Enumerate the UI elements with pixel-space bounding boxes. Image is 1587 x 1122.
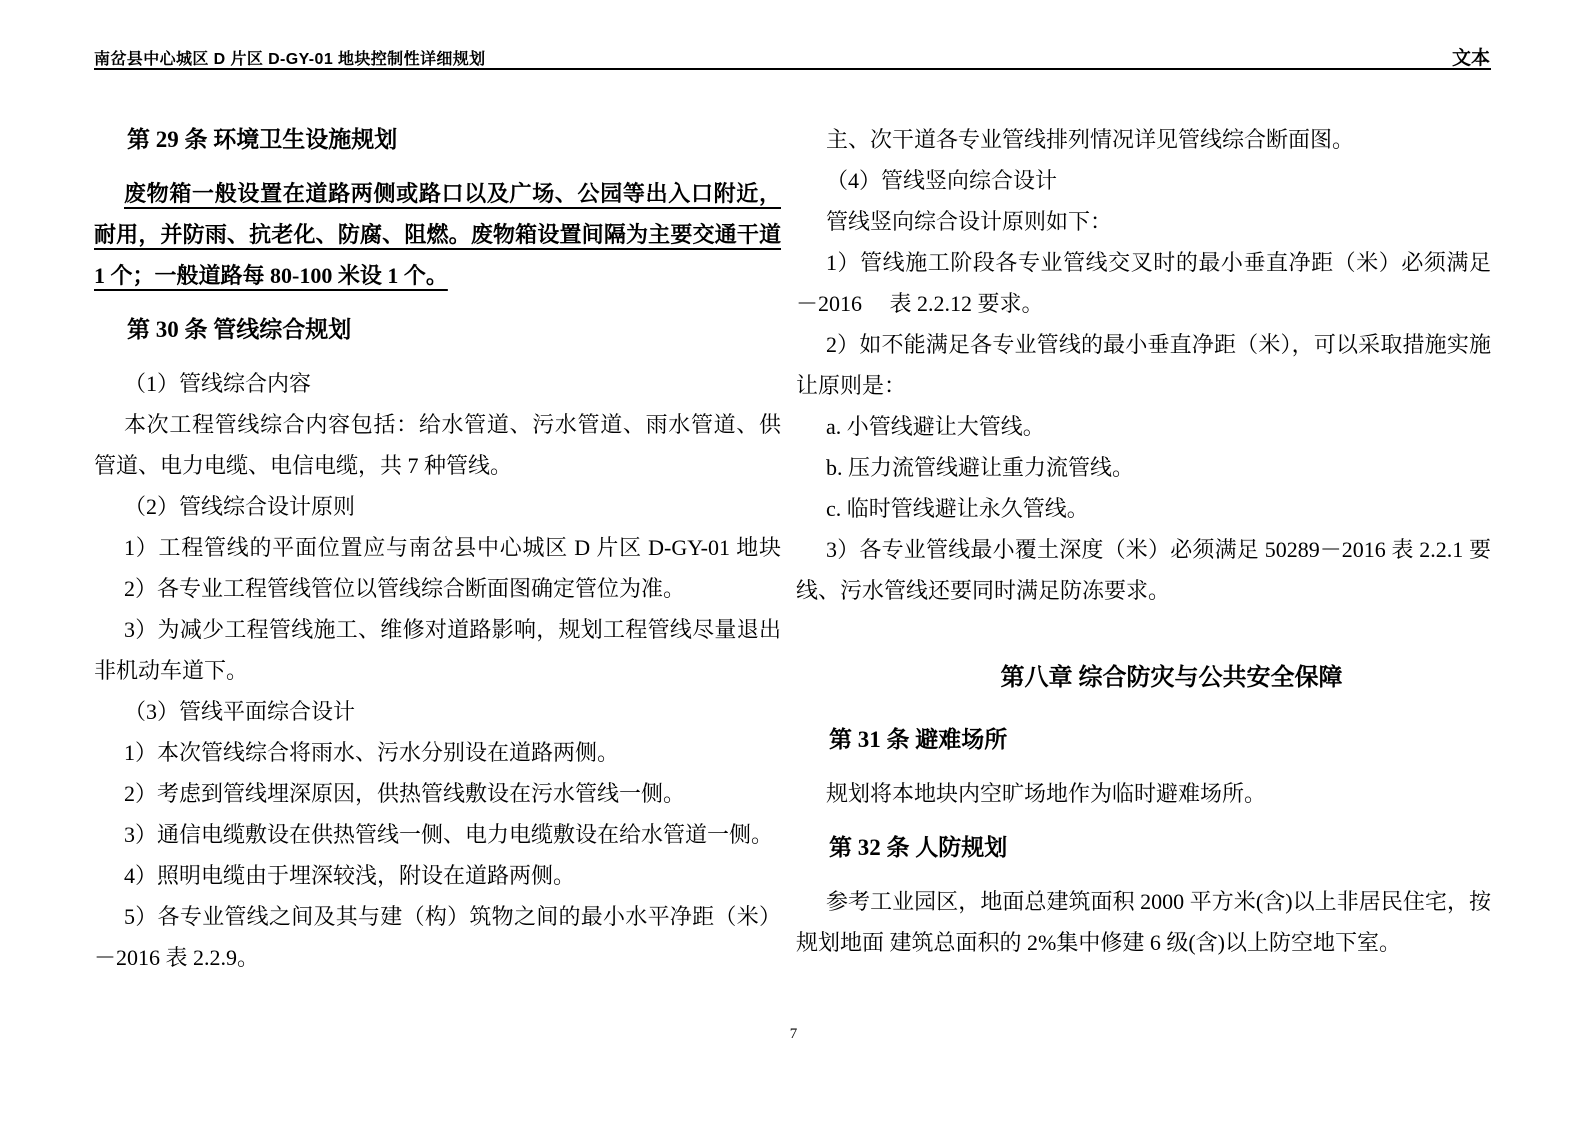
text-line: b. 压力流管线避让重力流管线。 — [796, 447, 1491, 488]
paragraph: a. 小管线避让大管线。 — [796, 406, 1491, 447]
text-line: 耐用，并防雨、抗老化、防腐、阻燃。废物箱设置间隔为主要交通干道每 50-80 米… — [94, 214, 781, 255]
text-line: 线、污水管线还要同时满足防冻要求。 — [796, 570, 1491, 611]
waste-bin-policy-paragraph: 废物箱一般设置在道路两侧或路口以及广场、公园等出入口附近，应美观、卫生、 耐用，… — [94, 173, 781, 296]
paragraph: 管线竖向综合设计原则如下： — [796, 201, 1491, 242]
text-line: 4）照明电缆由于埋深较浅，附设在道路两侧。 — [94, 855, 781, 896]
text-line: 2）考虑到管线埋深原因，供热管线敷设在污水管线一侧。 — [94, 773, 781, 814]
paragraph: c. 临时管线避让永久管线。 — [796, 488, 1491, 529]
paragraph: b. 压力流管线避让重力流管线。 — [796, 447, 1491, 488]
text-line: 管线竖向综合设计原则如下： — [796, 201, 1491, 242]
paragraph: 主、次干道各专业管线排列情况详见管线综合断面图。 — [796, 119, 1491, 160]
text-line: 废物箱一般设置在道路两侧或路口以及广场、公园等出入口附近，应美观、卫生、 — [94, 173, 781, 214]
text-line: 5）各专业管线之间及其与建（构）筑物之间的最小水平净距（米）详见 GB 5028… — [94, 896, 781, 937]
paragraph: （3）管线平面综合设计 — [94, 691, 781, 732]
text-line: 本次工程管线综合内容包括：给水管道、污水管道、雨水管道、供热管道、燃气 — [94, 404, 781, 445]
paragraph: （2）管线综合设计原则 — [94, 486, 781, 527]
text-line: 1）管线施工阶段各专业管线交叉时的最小垂直净距（米）必须满足 GB 50289 — [796, 242, 1491, 283]
page-number: 7 — [0, 1026, 1587, 1043]
heading-line: 第 32 条 人防规划 — [796, 827, 1491, 868]
left-column: 第 29 条 环境卫生设施规划 废物箱一般设置在道路两侧或路口以及广场、公园等出… — [94, 119, 781, 978]
text-line: 1 个；一般道路每 80-100 米设 1 个。 — [94, 255, 781, 296]
right-column: 主、次干道各专业管线排列情况详见管线综合断面图。 （4）管线竖向综合设计 管线竖… — [796, 119, 1491, 963]
paragraph: 本次工程管线综合内容包括：给水管道、污水管道、雨水管道、供热管道、燃气 管道、电… — [94, 404, 781, 486]
paragraph: 3）为减少工程管线施工、维修对道路影响，规划工程管线尽量退出道路敷设在 非机动车… — [94, 609, 781, 691]
paragraph: 1）本次管线综合将雨水、污水分别设在道路两侧。 — [94, 732, 781, 773]
text-line: a. 小管线避让大管线。 — [796, 406, 1491, 447]
header-rule — [94, 68, 1491, 70]
text-line: c. 临时管线避让永久管线。 — [796, 488, 1491, 529]
paragraph: 2）考虑到管线埋深原因，供热管线敷设在污水管线一侧。 — [94, 773, 781, 814]
text-line: 参考工业园区，地面总建筑面积 2000 平方米(含)以上非居民住宅，按照一次性 — [796, 881, 1491, 922]
article-30-heading: 第 30 条 管线综合规划 — [94, 309, 781, 350]
text-line: （3）管线平面综合设计 — [94, 691, 781, 732]
heading-line: 第 31 条 避难场所 — [796, 719, 1491, 760]
text-line: 管道、电力电缆、电信电缆，共 7 种管线。 — [94, 445, 781, 486]
paragraph: 2）如不能满足各专业管线的最小垂直净距（米），可以采取措施实施避让，避 让原则是… — [796, 324, 1491, 406]
text-line: －2016 表 2.2.9。 — [94, 937, 781, 978]
paragraph: 5）各专业管线之间及其与建（构）筑物之间的最小水平净距（米）详见 GB 5028… — [94, 896, 781, 978]
document-page: 南岔县中心城区 D 片区 D-GY-01 地块控制性详细规划 文本 第 29 条… — [0, 0, 1587, 1122]
paragraph: 4）照明电缆由于埋深较浅，附设在道路两侧。 — [94, 855, 781, 896]
paragraph: 3）通信电缆敷设在供热管线一侧、电力电缆敷设在给水管道一侧。 — [94, 814, 781, 855]
paragraph: 参考工业园区，地面总建筑面积 2000 平方米(含)以上非居民住宅，按照一次性 … — [796, 881, 1491, 963]
paragraph: （1）管线综合内容 — [94, 363, 781, 404]
text-line: 规划将本地块内空旷场地作为临时避难场所。 — [796, 773, 1491, 814]
article-29-heading: 第 29 条 环境卫生设施规划 — [94, 119, 781, 160]
text-line: 2）各专业工程管线管位以管线综合断面图确定管位为准。 — [94, 568, 781, 609]
text-line: 1）工程管线的平面位置应与南岔县中心城区 D 片区 D-GY-01 地块坐标系统… — [94, 527, 781, 568]
header-doc-type-label: 文本 — [1452, 43, 1490, 70]
text-line: 3）各专业管线最小覆土深度（米）必须满足 50289－2016 表 2.2.1 … — [796, 529, 1491, 570]
heading-line: 第 29 条 环境卫生设施规划 — [94, 119, 781, 160]
text-line: 3）为减少工程管线施工、维修对道路影响，规划工程管线尽量退出道路敷设在 — [94, 609, 781, 650]
text-line: 3）通信电缆敷设在供热管线一侧、电力电缆敷设在给水管道一侧。 — [94, 814, 781, 855]
text-line: 让原则是： — [796, 365, 1491, 406]
paragraph: 1）工程管线的平面位置应与南岔县中心城区 D 片区 D-GY-01 地块坐标系统… — [94, 527, 781, 568]
text-line: 非机动车道下。 — [94, 650, 781, 691]
text-line: （1）管线综合内容 — [94, 363, 781, 404]
text-line: 主、次干道各专业管线排列情况详见管线综合断面图。 — [796, 119, 1491, 160]
text-line: 1）本次管线综合将雨水、污水分别设在道路两侧。 — [94, 732, 781, 773]
paragraph: 规划将本地块内空旷场地作为临时避难场所。 — [796, 773, 1491, 814]
paragraph: （4）管线竖向综合设计 — [796, 160, 1491, 201]
paragraph: 1）管线施工阶段各专业管线交叉时的最小垂直净距（米）必须满足 GB 50289 … — [796, 242, 1491, 324]
text-line: （2）管线综合设计原则 — [94, 486, 781, 527]
chapter-8-heading: 第八章 综合防灾与公共安全保障 — [796, 653, 1491, 703]
chapter-heading-line: 第八章 综合防灾与公共安全保障 — [796, 653, 1491, 703]
text-line: 2）如不能满足各专业管线的最小垂直净距（米），可以采取措施实施避让，避 — [796, 324, 1491, 365]
text-line: （4）管线竖向综合设计 — [796, 160, 1491, 201]
article-32-heading: 第 32 条 人防规划 — [796, 827, 1491, 868]
article-31-heading: 第 31 条 避难场所 — [796, 719, 1491, 760]
heading-line: 第 30 条 管线综合规划 — [94, 309, 781, 350]
text-line: 规划地面 建筑总面积的 2%集中修建 6 级(含)以上防空地下室。 — [796, 922, 1491, 963]
paragraph: 3）各专业管线最小覆土深度（米）必须满足 50289－2016 表 2.2.1 … — [796, 529, 1491, 611]
text-line: －2016 表 2.2.12 要求。 — [796, 283, 1491, 324]
paragraph: 2）各专业工程管线管位以管线综合断面图确定管位为准。 — [94, 568, 781, 609]
header-title: 南岔县中心城区 D 片区 D-GY-01 地块控制性详细规划 — [94, 46, 486, 69]
